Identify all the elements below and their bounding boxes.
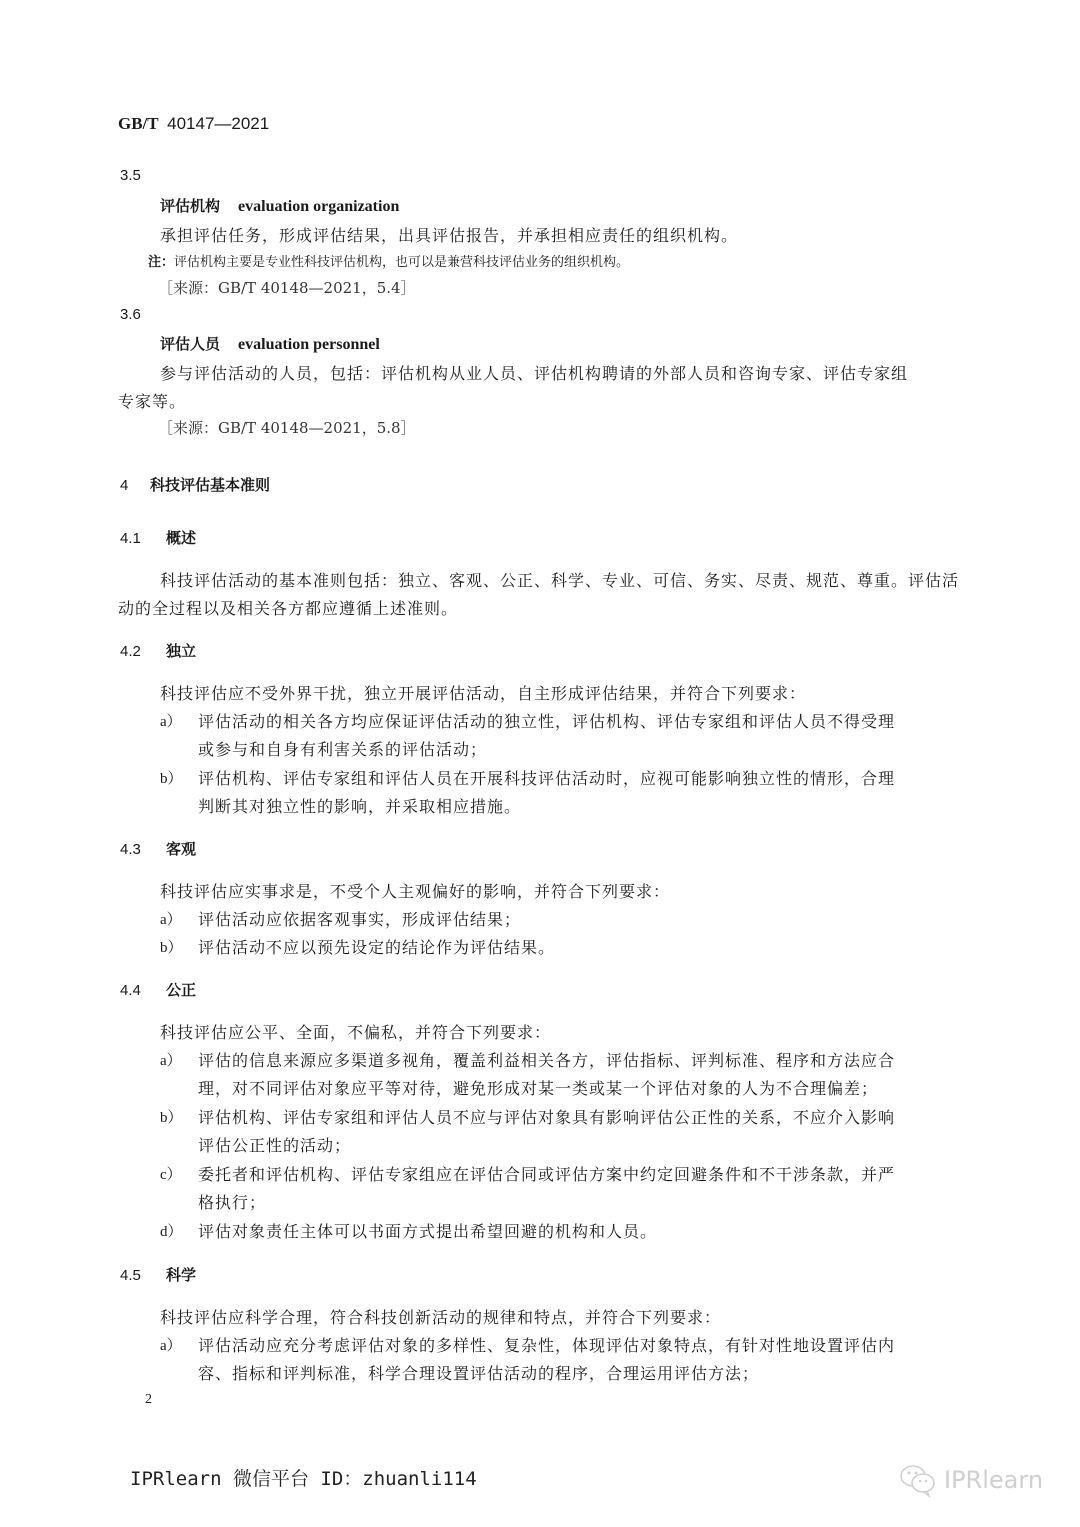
list-item-label: b） <box>160 936 183 957</box>
section-4-4-heading: 4.4公正 <box>120 979 196 1000</box>
definition-3-5: 承担评估任务，形成评估结果，出具评估报告，并承担相应责任的组织机构。 <box>160 223 738 246</box>
list-item-4-4-c-line1: 委托者和评估机构、评估专家组应在评估合同或评估方案中约定回避条件和不干涉条款，并… <box>198 1162 895 1185</box>
list-item-label: b） <box>160 767 183 788</box>
list-item-4-2-b-line2: 判断其对独立性的影响，并采取相应措施。 <box>198 794 521 817</box>
note-text: 评估机构主要是专业性科技评估机构，也可以是兼营科技评估业务的组织机构。 <box>174 255 629 270</box>
term-zh: 评估人员 <box>160 335 220 353</box>
intro-4-3: 科技评估应实事求是，不受个人主观偏好的影响，并符合下列要求： <box>160 879 670 902</box>
section-4-5-heading: 4.5科学 <box>120 1264 196 1285</box>
definition-3-6-line1: 参与评估活动的人员，包括：评估机构从业人员、评估机构聘请的外部人员和咨询专家、评… <box>160 361 908 384</box>
section-number: 4.4 <box>120 982 166 999</box>
watermark-left: IPRlearn 微信平台 ID：zhuanli114 <box>130 1464 477 1491</box>
list-item-label: d） <box>160 1220 183 1241</box>
note-3-5: 注：评估机构主要是专业性科技评估机构，也可以是兼营科技评估业务的组织机构。 <box>148 251 629 270</box>
wechat-icon <box>898 1462 938 1498</box>
list-item-4-3-a: 评估活动应依据客观事实，形成评估结果； <box>198 907 521 930</box>
intro-4-4: 科技评估应公平、全面，不偏私，并符合下列要求： <box>160 1020 551 1043</box>
list-item-4-5-a-line1: 评估活动应充分考虑评估对象的多样性、复杂性，体现评估对象特点，有针对性地设置评估… <box>198 1333 895 1356</box>
watermark-right: IPRlearn <box>898 1462 1043 1498</box>
list-item-4-2-a-line2: 或参与和自身有利害关系的评估活动； <box>198 737 487 760</box>
section-4-1-heading: 4.1概述 <box>120 527 196 548</box>
section-4-2-heading: 4.2独立 <box>120 640 196 661</box>
list-item-4-4-a-line2: 理，对不同评估对象应平等对待，避免形成对某一类或某一个评估对象的人为不合理偏差； <box>198 1076 878 1099</box>
section-title: 科学 <box>166 1266 196 1284</box>
para-4-1-line1: 科技评估活动的基本准则包括：独立、客观、公正、科学、专业、可信、务实、尽责、规范… <box>160 568 959 591</box>
section-number: 4.2 <box>120 643 166 660</box>
term-zh: 评估机构 <box>160 197 220 215</box>
list-item-4-4-b-line2: 评估公正性的活动； <box>198 1133 351 1156</box>
section-number: 4 <box>120 477 150 494</box>
list-item-4-2-b-line1: 评估机构、评估专家组和评估人员在开展科技评估活动时，应视可能影响独立性的情形，合… <box>198 766 895 789</box>
list-item-4-4-b-line1: 评估机构、评估专家组和评估人员不应与评估对象具有影响评估公正性的关系，不应介入影… <box>198 1105 895 1128</box>
page-number: 2 <box>145 1392 152 1408</box>
document-page: GB/T 40147—2021 3.5 评估机构evaluation organ… <box>0 0 1080 1527</box>
intro-4-5: 科技评估应科学合理，符合科技创新活动的规律和特点，并符合下列要求： <box>160 1305 721 1328</box>
watermark-right-text: IPRlearn <box>944 1466 1043 1494</box>
list-item-label: a） <box>160 710 182 731</box>
term-en: evaluation organization <box>238 198 399 215</box>
clause-number-3-6: 3.6 <box>120 306 141 323</box>
section-number: 4.5 <box>120 1267 166 1284</box>
section-title: 公正 <box>166 981 196 999</box>
para-4-1-line2: 动的全过程以及相关各方都应遵循上述准则。 <box>118 596 458 619</box>
section-title: 概述 <box>166 529 196 547</box>
list-item-4-2-a-line1: 评估活动的相关各方均应保证评估活动的独立性，评估机构、评估专家组和评估人员不得受… <box>198 709 895 732</box>
standard-prefix: GB/T <box>118 114 159 133</box>
section-number: 4.3 <box>120 841 166 858</box>
list-item-4-4-d: 评估对象责任主体可以书面方式提出希望回避的机构和人员。 <box>198 1219 657 1242</box>
section-title: 独立 <box>166 642 196 660</box>
list-item-label: a） <box>160 1334 182 1355</box>
clause-number-3-5: 3.5 <box>120 167 141 184</box>
list-item-label: c） <box>160 1163 182 1184</box>
section-title: 客观 <box>166 840 196 858</box>
note-label: 注： <box>148 255 174 270</box>
intro-4-2: 科技评估应不受外界干扰，独立开展评估活动，自主形成评估结果，并符合下列要求： <box>160 681 806 704</box>
definition-3-6-line2: 专家等。 <box>118 389 186 412</box>
list-item-4-4-a-line1: 评估的信息来源应多渠道多视角，覆盖利益相关各方，评估指标、评判标准、程序和方法应… <box>198 1048 895 1071</box>
source-3-5: ［来源：GB/T 40148—2021，5.4］ <box>158 277 416 298</box>
list-item-4-3-b: 评估活动不应以预先设定的结论作为评估结果。 <box>198 935 555 958</box>
list-item-label: b） <box>160 1106 183 1127</box>
section-title: 科技评估基本准则 <box>150 476 270 494</box>
term-en: evaluation personnel <box>238 336 380 353</box>
section-4-heading: 4科技评估基本准则 <box>120 474 270 495</box>
list-item-label: a） <box>160 908 182 929</box>
term-heading-3-5: 评估机构evaluation organization <box>160 195 399 216</box>
section-number: 4.1 <box>120 530 166 547</box>
list-item-4-5-a-line2: 容、指标和评判标准，科学合理设置评估活动的程序，合理运用评估方法； <box>198 1361 759 1384</box>
list-item-4-4-c-line2: 格执行； <box>198 1190 266 1213</box>
standard-number: 40147—2021 <box>167 114 269 133</box>
term-heading-3-6: 评估人员evaluation personnel <box>160 333 380 354</box>
list-item-label: a） <box>160 1049 182 1070</box>
source-3-6: ［来源：GB/T 40148—2021，5.8］ <box>158 417 416 438</box>
standard-number-header: GB/T 40147—2021 <box>118 114 269 134</box>
section-4-3-heading: 4.3客观 <box>120 838 196 859</box>
